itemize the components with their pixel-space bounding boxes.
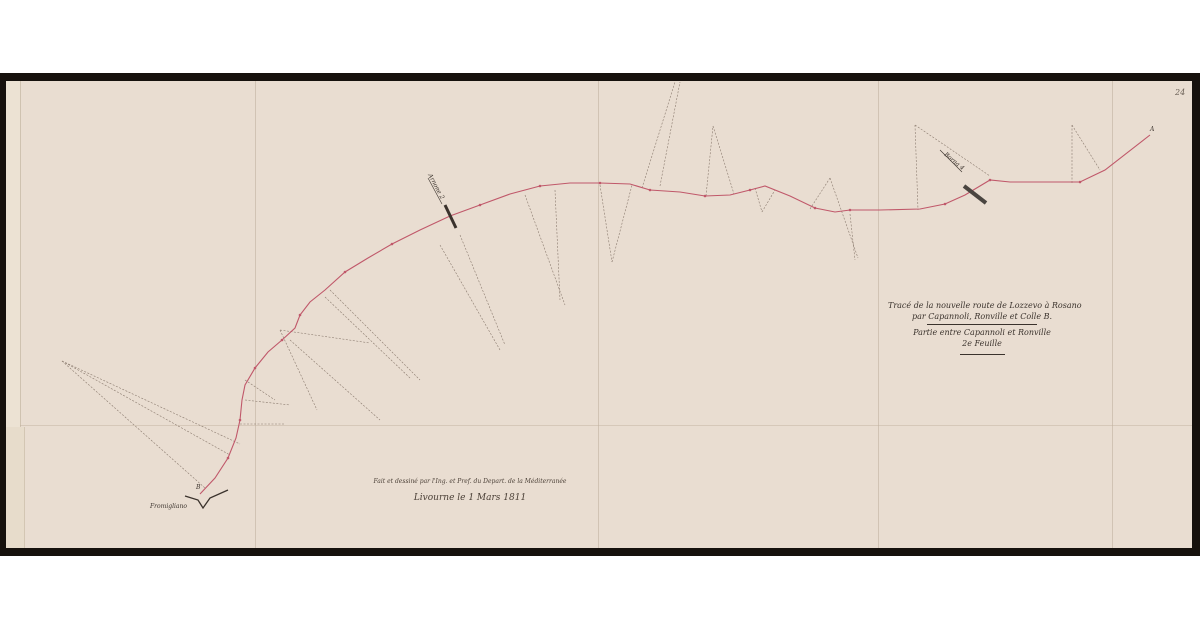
start-marker: B <box>196 484 200 491</box>
title-line-2: par Capannoli, Ronville et Colle B. <box>882 311 1082 322</box>
triangulation-lines <box>62 82 1100 488</box>
map-title-block: Tracé de la nouvelle route de Lozzevo à … <box>882 300 1082 357</box>
title-rule <box>960 354 1005 355</box>
existing-road <box>185 490 228 508</box>
title-line-3: Partie entre Capannoli et Ronville <box>882 327 1082 338</box>
title-line-4: 2e Feuille <box>882 338 1082 349</box>
end-marker: A <box>1150 126 1154 133</box>
signature-line-2: Livourne le 1 Mars 1811 <box>370 493 570 503</box>
title-line-1: Tracé de la nouvelle route de Lozzevo à … <box>882 300 1082 311</box>
start-label: Fromigliano <box>150 503 187 510</box>
page-number: 24 <box>1175 88 1185 97</box>
bridge-left <box>445 205 456 228</box>
signature-line-1: Fait et dessiné par l'Ing. et Pref. du D… <box>370 478 570 485</box>
title-rule <box>927 324 1037 325</box>
signature-block: Fait et dessiné par l'Ing. et Pref. du D… <box>370 478 570 503</box>
